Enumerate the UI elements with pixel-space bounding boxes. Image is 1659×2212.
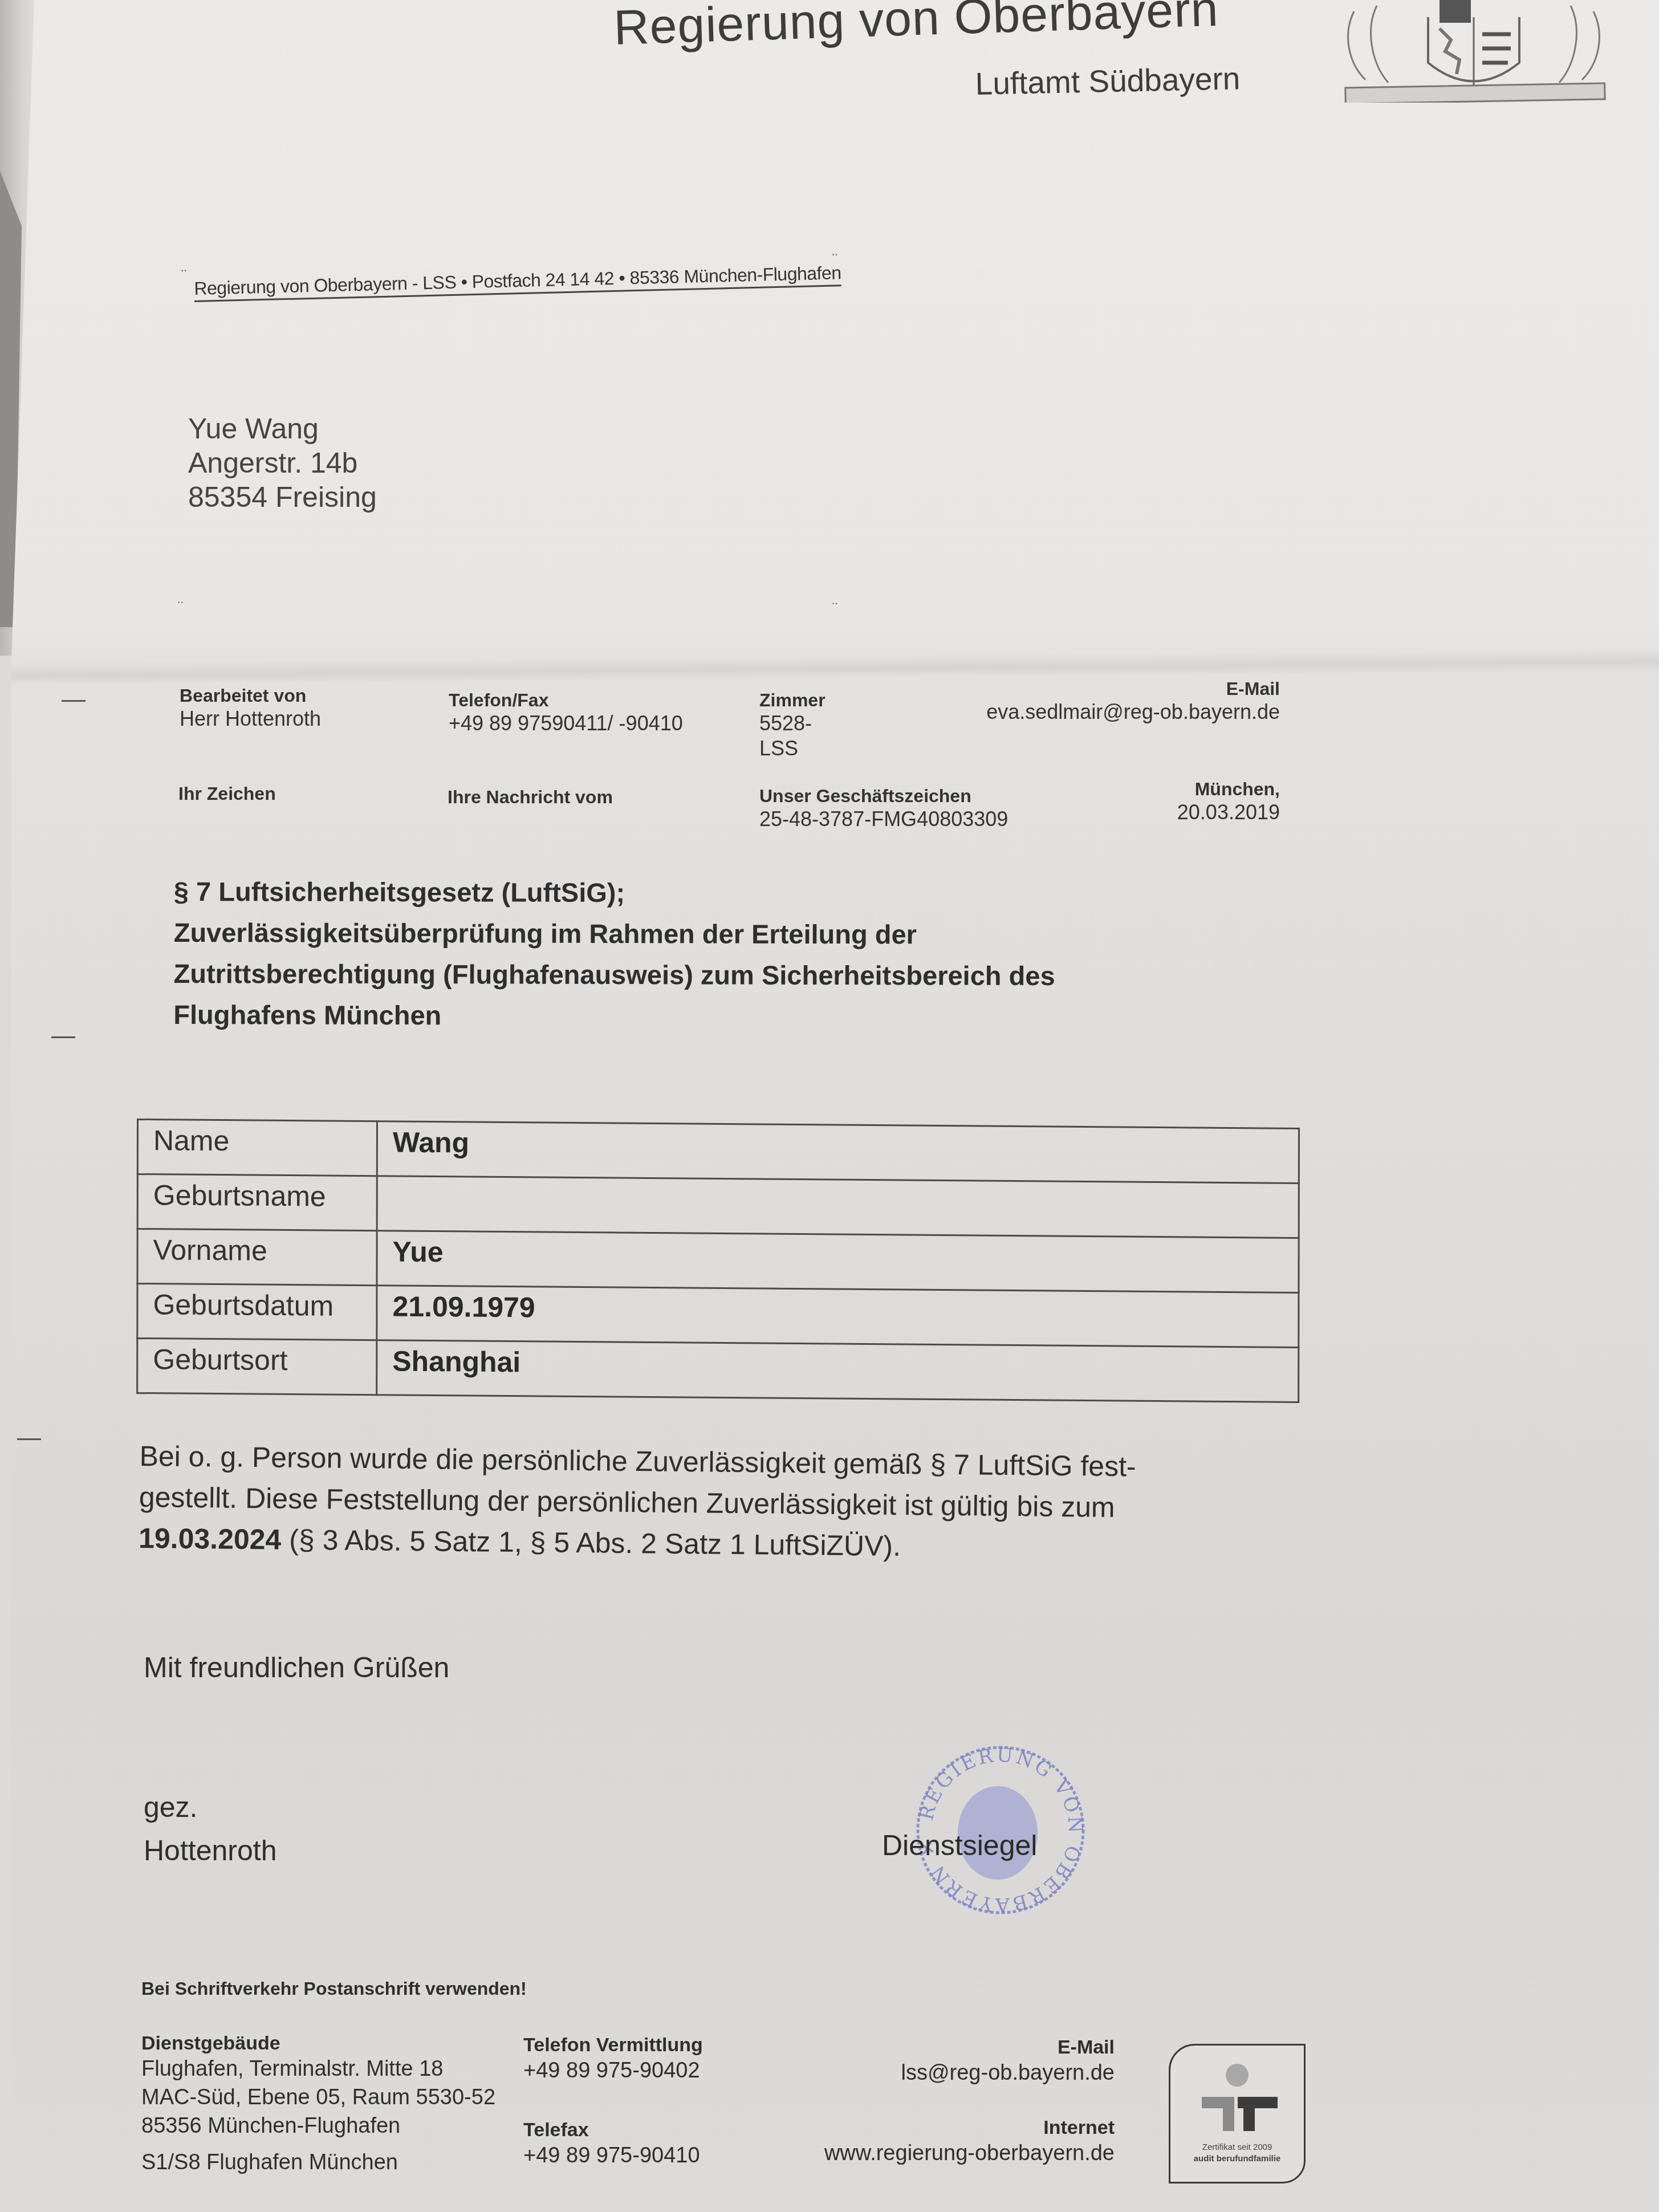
fax-label: Telefax	[523, 2119, 703, 2141]
subject-line: Zuverlässigkeitsüberprüfung im Rahmen de…	[174, 912, 1055, 955]
table-row: Vorname Yue	[137, 1229, 1299, 1293]
phone-value: +49 89 975-90402	[523, 2056, 703, 2085]
building-line: 85356 München-Flughafen	[141, 2112, 495, 2140]
valid-until-date: 19.03.2024	[139, 1522, 282, 1556]
row-value: Shanghai	[377, 1340, 1299, 1402]
row-value: Wang	[377, 1121, 1299, 1184]
row-label: Geburtsdatum	[137, 1284, 377, 1340]
certificate-line: audit berufundfamilie	[1170, 2154, 1304, 2164]
fold-mark	[51, 1036, 75, 1038]
closing-greeting: Mit freundlichen Grüßen	[144, 1651, 449, 1684]
room-label: Zimmer	[759, 690, 826, 711]
handled-by-label: Bearbeitet von	[180, 685, 321, 706]
building-label: Dienstgebäude	[141, 2032, 495, 2055]
letter-page	[11, 0, 1659, 2212]
footer-contact: E-Mail lss@reg-ob.bayern.de Internet www…	[824, 2036, 1115, 2168]
footer-phone: Telefon Vermittlung +49 89 975-90402 Tel…	[523, 2034, 703, 2170]
email-label: E-Mail	[986, 678, 1280, 700]
footer-note: Bei Schriftverkehr Postanschrift verwend…	[141, 1978, 527, 1999]
signature-block: gez. Hottenroth	[144, 1786, 276, 1872]
signer-name: Hottenroth	[144, 1829, 276, 1872]
row-value: 21.09.1979	[377, 1286, 1299, 1348]
office-subtitle: Luftamt Südbayern	[975, 60, 1241, 102]
recipient-address: Yue Wang Angerstr. 14b 85354 Freising	[188, 412, 377, 514]
place-label: München,	[1177, 779, 1280, 800]
row-value: Yue	[377, 1231, 1299, 1293]
phone-fax-value: +49 89 97590411/ -90410	[449, 711, 683, 736]
person-data-table: Name Wang Geburtsname Vorname Yue Geburt…	[136, 1119, 1300, 1403]
building-line: Flughafen, Terminalstr. Mitte 18	[141, 2055, 495, 2083]
subject: § 7 Luftsicherheitsgesetz (LuftSiG); Zuv…	[173, 871, 1055, 1038]
room-block: Zimmer 5528- LSS	[759, 690, 826, 761]
internet-label: Internet	[824, 2117, 1115, 2139]
handled-by-block: Bearbeitet von Herr Hottenroth	[180, 685, 321, 731]
certificate-logo-icon: Zertifikat seit 2009 audit berufundfamil…	[1169, 2044, 1306, 2183]
row-label: Name	[137, 1120, 377, 1176]
table-row: Geburtsdatum 21.09.1979	[137, 1284, 1299, 1348]
row-label: Geburtsort	[137, 1339, 377, 1395]
table-row: Name Wang	[137, 1120, 1299, 1184]
your-ref-label: Ihr Zeichen	[178, 783, 276, 804]
signature-prefix: gez.	[144, 1786, 276, 1829]
fold-mark: ¨	[178, 599, 183, 617]
your-message-block: Ihre Nachricht vom	[448, 787, 613, 808]
handled-by-value: Herr Hottenroth	[180, 706, 321, 731]
body-paragraph: Bei o. g. Person wurde die persönliche Z…	[139, 1436, 1314, 1571]
subject-line: § 7 Luftsicherheitsgesetz (LuftSiG);	[174, 871, 1055, 914]
your-message-label: Ihre Nachricht vom	[448, 787, 613, 808]
fold-mark	[17, 1438, 41, 1440]
legal-reference: (§ 3 Abs. 5 Satz 1, § 5 Abs. 2 Satz 1 Lu…	[281, 1524, 901, 1562]
row-value	[377, 1176, 1299, 1238]
row-label: Geburtsname	[137, 1174, 377, 1231]
room-value-line1: 5528-	[759, 711, 826, 736]
bavarian-coat-of-arms-icon	[1331, 0, 1616, 103]
footer-building: Dienstgebäude Flughafen, Terminalstr. Mi…	[141, 2032, 495, 2177]
transit-info: S1/S8 Flughafen München	[141, 2148, 495, 2177]
internet-value[interactable]: www.regierung-oberbayern.de	[824, 2139, 1115, 2168]
phone-fax-label: Telefon/Fax	[449, 690, 683, 711]
date-block: München, 20.03.2019	[1177, 779, 1280, 825]
room-value-line2: LSS	[759, 736, 826, 761]
our-ref-label: Unser Geschäftszeichen	[759, 786, 1008, 807]
table-row: Geburtsname	[137, 1174, 1299, 1238]
date-value: 20.03.2019	[1177, 800, 1280, 825]
seal-label: Dienstsiegel	[882, 1829, 1037, 1862]
certificate-line: Zertifikat seit 2009	[1170, 2142, 1304, 2152]
recipient-street: Angerstr. 14b	[188, 446, 377, 480]
fax-value: +49 89 975-90410	[523, 2141, 703, 2170]
subject-line: Zutrittsberechtigung (Flughafenausweis) …	[173, 953, 1055, 997]
email-value[interactable]: eva.sedlmair@reg-ob.bayern.de	[986, 700, 1280, 725]
footer-email-label: E-Mail	[824, 2036, 1115, 2059]
fold-mark	[62, 700, 86, 702]
building-line: MAC-Süd, Ebene 05, Raum 5530-52	[141, 2083, 495, 2112]
recipient-city: 85354 Freising	[188, 480, 377, 514]
phone-label: Telefon Vermittlung	[523, 2034, 703, 2056]
our-ref-block: Unser Geschäftszeichen 25-48-3787-FMG408…	[759, 786, 1008, 832]
row-label: Vorname	[137, 1229, 377, 1286]
footer-email-value[interactable]: lss@reg-ob.bayern.de	[824, 2059, 1115, 2087]
fold-mark: ¨	[181, 267, 186, 285]
fold-mark: ¨	[832, 600, 837, 618]
recipient-name: Yue Wang	[188, 412, 377, 446]
email-block: E-Mail eva.sedlmair@reg-ob.bayern.de	[986, 678, 1280, 725]
phone-fax-block: Telefon/Fax +49 89 97590411/ -90410	[449, 690, 683, 736]
our-ref-value: 25-48-3787-FMG40803309	[759, 807, 1008, 832]
your-ref-block: Ihr Zeichen	[178, 783, 276, 804]
subject-line: Flughafens München	[173, 994, 1055, 1038]
table-row: Geburtsort Shanghai	[137, 1339, 1299, 1402]
